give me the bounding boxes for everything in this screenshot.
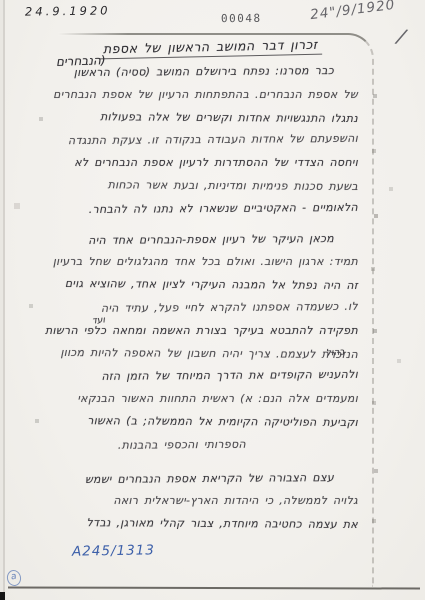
stamp-number: 00048 [221,12,262,25]
inserted-word: בהול [326,347,345,358]
paragraph-1: כבר מסרנו: נפתח בירושלם המושב (ססיה) הרא… [60,61,358,221]
paragraph-3: עצם הצבורה של הקריאת אספת הנבחרים ישמש ג… [60,468,358,536]
handwriting-line: ומעמדים אלה הנם: א) ראשית התחוות האשור ה… [60,388,358,411]
handwriting-line: זה היה נפתל אל המבנה העיקרי לציון אחד, ש… [60,273,358,298]
handwriting-line: הלאומיים - האקטיביים שנשארו לא נתנו לה ל… [60,197,358,222]
pencil-date-top-right: 24"/9/1920 [309,0,396,23]
handwriting-line: הנזכרת לעצמם. צריך יהיה חשבון של האספה ל… [60,342,358,367]
page-left-edge-line [3,0,5,600]
handwriting-line: ויחסה הצדדי של ההסתדרות לרעיון אספת הנבח… [60,152,358,175]
handwriting-line: תמיד: ארגון הישוב. ואולם בכל אחד מהגלגול… [60,251,358,274]
pencil-slash-mark: / [395,24,407,49]
handwriting-line: ולהעניש הקופדים את הדרך המיוחד של הזמן ה… [60,364,358,389]
handwriting-line: כבר מסרנו: נפתח בירושלם המושב (ססיה) הרא… [60,60,358,85]
paragraph-2: מכאן העיקר של רעיון אספת-הנבחרים אחד היה… [60,229,358,457]
handwriting-line: נתגלו התנגשויות אחדות וקשרים של אלה בפעו… [60,106,358,131]
photocopy-speckles [0,0,2,2]
handwriting-line: של אספת הנבחרים. בהתפתחות הרעיון של אספת… [60,84,358,107]
corner-initial-mark: a [5,569,22,588]
handwriting-line: את עצמה כחטיבה מיוחדת, צבור קהלי מאורגן,… [60,512,358,537]
handwriting-line: עצם הצבורה של הקריאת אספת הנבחרים ישמש [60,466,358,491]
handwriting-line: הספרותי והכספי בהבנות. [60,433,358,458]
photocopy-bottom-edge [8,586,420,589]
title-line-1: זכרון דבר המושב הראשון של אספת [99,37,322,60]
handwriting-line: והשפעתם של אחדות העבודה בנקודה זו. צעקת … [60,128,358,153]
handwriting-line: מכאן העיקר של רעיון אספת-הנבחרים אחד היה [60,227,358,252]
handwritten-body: כבר מסרנו: נפתח בירושלם המושב (ססיה) הרא… [60,61,358,544]
scanned-document-page: 24.9.1920 00048 24"/9/1920 / זכרון דבר ה… [0,0,425,600]
handwriting-line: גלויה לממשלה, כי היהדות הארץ-ישראלית רוא… [60,490,358,513]
handwritten-date-top-left: 24.9.1920 [25,3,111,18]
handwriting-line: וקביעת הפוליטיקה הקיומית אל הממשלה; ב) ה… [60,410,358,435]
scan-corner-notch [0,592,5,600]
inserted-word: ועד [92,315,106,326]
archive-reference-blue: A245/1313 [72,542,155,559]
handwriting-line: בשעת סכנות פנימיות ומדיניות, ובעת אשר הכ… [60,174,358,199]
